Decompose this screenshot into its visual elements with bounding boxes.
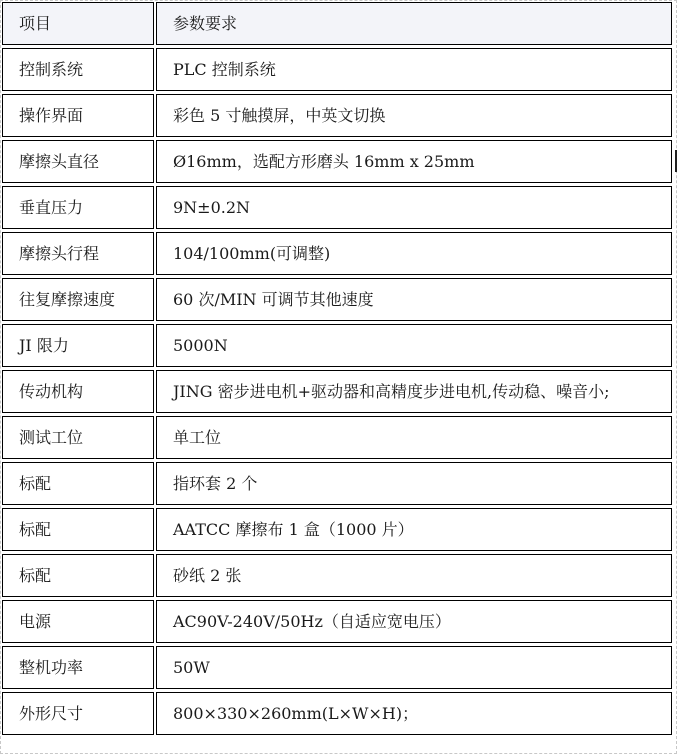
row-item: 控制系统 <box>2 48 154 91</box>
row-value: 指环套 2 个 <box>156 462 672 505</box>
row-value: PLC 控制系统 <box>156 48 672 91</box>
spec-table: 项目 参数要求 控制系统 PLC 控制系统 操作界面 彩色 5 寸触摸屏，中英文… <box>0 0 674 738</box>
table-row: 测试工位 单工位 <box>2 416 672 459</box>
row-item: 标配 <box>2 462 154 505</box>
table-row: 垂直压力 9N±0.2N <box>2 186 672 229</box>
row-item: 测试工位 <box>2 416 154 459</box>
row-item: 操作界面 <box>2 94 154 137</box>
row-item: 摩擦头直径 <box>2 140 154 183</box>
row-value: 50W <box>156 646 672 689</box>
header-requirement: 参数要求 <box>156 2 672 45</box>
header-item: 项目 <box>2 2 154 45</box>
row-value: 800×330×260mm(L×W×H)； <box>156 692 672 735</box>
row-value: AATCC 摩擦布 1 盒（1000 片） <box>156 508 672 551</box>
row-item: JI 限力 <box>2 324 154 367</box>
row-value: 单工位 <box>156 416 672 459</box>
table-row: 整机功率 50W <box>2 646 672 689</box>
row-value: Ø16mm，选配方形磨头 16mm x 25mm <box>156 140 672 183</box>
row-value: JING 密步进电机+驱动器和高精度步进电机,传动稳、噪音小; <box>156 370 672 413</box>
row-value: AC90V-240V/50Hz（自适应宽电压） <box>156 600 672 643</box>
table-row: 标配 指环套 2 个 <box>2 462 672 505</box>
row-item: 标配 <box>2 508 154 551</box>
row-value: 60 次/MIN 可调节其他速度 <box>156 278 672 321</box>
table-header-row: 项目 参数要求 <box>2 2 672 45</box>
row-value: 彩色 5 寸触摸屏，中英文切换 <box>156 94 672 137</box>
table-row: 电源 AC90V-240V/50Hz（自适应宽电压） <box>2 600 672 643</box>
row-item: 摩擦头行程 <box>2 232 154 275</box>
row-item: 垂直压力 <box>2 186 154 229</box>
row-value: 104/100mm(可调整) <box>156 232 672 275</box>
table-row: 外形尺寸 800×330×260mm(L×W×H)； <box>2 692 672 735</box>
table-row: 标配 AATCC 摩擦布 1 盒（1000 片） <box>2 508 672 551</box>
row-item: 整机功率 <box>2 646 154 689</box>
row-item: 外形尺寸 <box>2 692 154 735</box>
row-item: 传动机构 <box>2 370 154 413</box>
table-row: 摩擦头直径 Ø16mm，选配方形磨头 16mm x 25mm <box>2 140 672 183</box>
table-row: 传动机构 JING 密步进电机+驱动器和高精度步进电机,传动稳、噪音小; <box>2 370 672 413</box>
row-value: 9N±0.2N <box>156 186 672 229</box>
row-item: 电源 <box>2 600 154 643</box>
row-value: 砂纸 2 张 <box>156 554 672 597</box>
table-row: JI 限力 5000N <box>2 324 672 367</box>
table-row: 往复摩擦速度 60 次/MIN 可调节其他速度 <box>2 278 672 321</box>
row-item: 标配 <box>2 554 154 597</box>
table-row: 标配 砂纸 2 张 <box>2 554 672 597</box>
table-row: 摩擦头行程 104/100mm(可调整) <box>2 232 672 275</box>
row-value: 5000N <box>156 324 672 367</box>
table-row: 操作界面 彩色 5 寸触摸屏，中英文切换 <box>2 94 672 137</box>
row-item: 往复摩擦速度 <box>2 278 154 321</box>
table-row: 控制系统 PLC 控制系统 <box>2 48 672 91</box>
